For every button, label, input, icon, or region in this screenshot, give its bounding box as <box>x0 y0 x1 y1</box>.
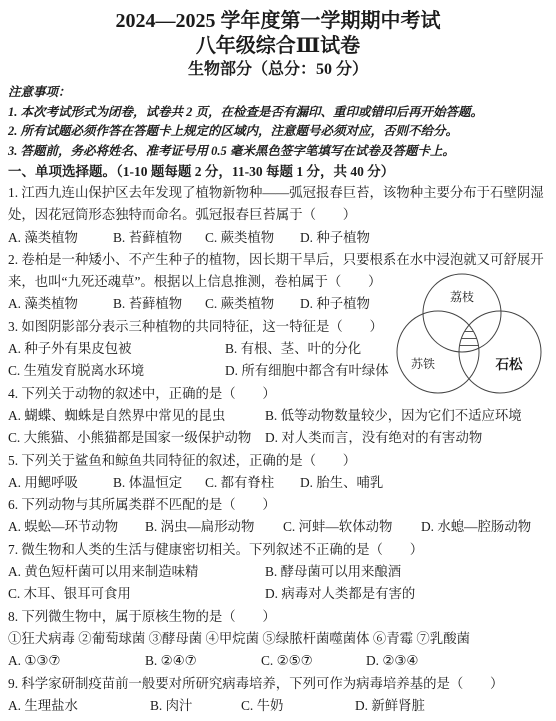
option-9b: B. 肉汁 <box>150 695 241 717</box>
questions-body: 1. 江西九连山保护区去年发现了植物新物种——弧冠报春巨苔，该物种主要分布于石壁… <box>8 182 550 717</box>
question-5-options: A. 用鳃呼吸 B. 体温恒定 C. 都有脊柱 D. 胎生、哺乳 <box>8 472 550 494</box>
option-1d: D. 种子植物 <box>300 227 370 249</box>
option-4c: C. 大熊猫、小熊猫都是国家一级保护动物 <box>8 427 265 449</box>
option-4d: D. 对人类而言，没有绝对的有害动物 <box>265 427 482 449</box>
question-8-stem: 8. 下列微生物中，属于原核生物的是（ ） <box>8 606 550 628</box>
question-9-options: A. 生理盐水 B. 肉汁 C. 牛奶 D. 新鲜肾脏 <box>8 695 550 717</box>
paper-subtitle: 生物部分（总分：50 分） <box>0 59 556 81</box>
option-5b: B. 体温恒定 <box>113 472 205 494</box>
option-6a: A. 蜈蚣—环节动物 <box>8 516 145 538</box>
option-9c: C. 牛奶 <box>241 695 355 717</box>
option-8c: C. ②⑤⑦ <box>261 650 366 672</box>
option-1b: B. 苔藓植物 <box>113 227 205 249</box>
option-8b: B. ②④⑦ <box>145 650 261 672</box>
option-4b: B. 低等动物数量较少，因为它们不适应环境 <box>265 405 522 427</box>
option-1a: A. 藻类植物 <box>8 227 113 249</box>
question-1-options: A. 藻类植物 B. 苔藓植物 C. 蕨类植物 D. 种子植物 <box>8 227 550 249</box>
question-7-options-row1: A. 黄色短杆菌可以用来制造味精 B. 酵母菌可以用来酿酒 <box>8 561 550 583</box>
option-1c: C. 蕨类植物 <box>205 227 300 249</box>
option-3b: B. 有根、茎、叶的分化 <box>225 338 361 360</box>
option-5a: A. 用鳃呼吸 <box>8 472 113 494</box>
option-8d: D. ②③④ <box>366 650 418 672</box>
option-7c: C. 木耳、银耳可食用 <box>8 583 265 605</box>
option-8a: A. ①③⑦ <box>8 650 145 672</box>
option-7d: D. 病毒对人类都是有害的 <box>265 583 415 605</box>
venn-diagram-svg: 荔枝 苏铁 石松 <box>390 272 550 396</box>
venn-label-right: 石松 <box>496 356 524 372</box>
option-4a: A. 蝴蝶、蜘蛛是自然界中常见的昆虫 <box>8 405 265 427</box>
notice-item-1: 1. 本次考试形式为闭卷，试卷共 2 页，在检查是否有漏印、重印或错印后再开始答… <box>8 103 550 123</box>
question-7-options-row2: C. 木耳、银耳可食用 D. 病毒对人类都是有害的 <box>8 583 550 605</box>
question-9-stem: 9. 科学家研制疫苗前一般要对所研究病毒培养，下列可作为病毒培养基的是（ ） <box>8 673 550 695</box>
question-4-options-row1: A. 蝴蝶、蜘蛛是自然界中常见的昆虫 B. 低等动物数量较少，因为它们不适应环境 <box>8 405 550 427</box>
paper-header: 2024—2025 学年度第一学期期中考试 八年级综合Ⅲ试卷 生物部分（总分：5… <box>0 0 556 81</box>
venn-label-left: 苏铁 <box>411 356 435 371</box>
question-8-numbered-items: ①狂犬病毒 ②葡萄球菌 ③酵母菌 ④甲烷菌 ⑤绿脓杆菌噬菌体 ⑥青霉 ⑦乳酸菌 <box>8 628 550 650</box>
paper-title-line2: 八年级综合Ⅲ试卷 <box>0 34 556 59</box>
notices-block: 注意事项： 1. 本次考试形式为闭卷，试卷共 2 页，在检查是否有漏印、重印或错… <box>8 83 550 161</box>
venn-diagram: 荔枝 苏铁 石松 <box>390 272 550 396</box>
option-6b: B. 涡虫—扁形动物 <box>145 516 283 538</box>
option-5d: D. 胎生、哺乳 <box>300 472 383 494</box>
option-2a: A. 藻类植物 <box>8 293 113 315</box>
notice-item-3: 3. 答题前，务必将姓名、准考证号用 0.5 毫米黑色签字笔填写在试卷及答题卡上… <box>8 142 550 162</box>
option-3c: C. 生殖发育脱离水环境 <box>8 360 225 382</box>
option-6c: C. 河蚌—软体动物 <box>283 516 421 538</box>
venn-label-top: 荔枝 <box>450 289 474 304</box>
option-7a: A. 黄色短杆菌可以用来制造味精 <box>8 561 265 583</box>
notice-item-2: 2. 所有试题必须作答在答题卡上规定的区域内，注意题号必须对应，否则不给分。 <box>8 122 550 142</box>
question-1-stem: 1. 江西九连山保护区去年发现了植物新物种——弧冠报春巨苔，该物种主要分布于石壁… <box>8 182 550 227</box>
question-5-stem: 5. 下列关于鲨鱼和鲸鱼共同特征的叙述，正确的是（ ） <box>8 450 550 472</box>
notices-heading: 注意事项： <box>8 83 550 103</box>
question-8-options: A. ①③⑦ B. ②④⑦ C. ②⑤⑦ D. ②③④ <box>8 650 550 672</box>
exam-paper-page: 2024—2025 学年度第一学期期中考试 八年级综合Ⅲ试卷 生物部分（总分：5… <box>0 0 556 721</box>
question-7-stem: 7. 微生物和人类的生活与健康密切相关。下列叙述不正确的是（ ） <box>8 539 550 561</box>
option-3a: A. 种子外有果皮包被 <box>8 338 225 360</box>
option-7b: B. 酵母菌可以用来酿酒 <box>265 561 401 583</box>
option-2d: D. 种子植物 <box>300 293 370 315</box>
option-2b: B. 苔藓植物 <box>113 293 205 315</box>
section-heading: 一、单项选择题。（1-10 题每题 2 分，11-30 每题 1 分，共 40 … <box>8 161 550 182</box>
paper-title-line1: 2024—2025 学年度第一学期期中考试 <box>0 9 556 34</box>
question-4-options-row2: C. 大熊猫、小熊猫都是国家一级保护动物 D. 对人类而言，没有绝对的有害动物 <box>8 427 550 449</box>
option-2c: C. 蕨类植物 <box>205 293 300 315</box>
option-6d: D. 水螅—腔肠动物 <box>421 516 531 538</box>
option-9a: A. 生理盐水 <box>8 695 150 717</box>
question-6-options: A. 蜈蚣—环节动物 B. 涡虫—扁形动物 C. 河蚌—软体动物 D. 水螅—腔… <box>8 516 550 538</box>
option-3d: D. 所有细胞中都含有叶绿体 <box>225 360 389 382</box>
option-9d: D. 新鲜肾脏 <box>355 695 425 717</box>
question-6-stem: 6. 下列动物与其所属类群不匹配的是（ ） <box>8 494 550 516</box>
option-5c: C. 都有脊柱 <box>205 472 300 494</box>
